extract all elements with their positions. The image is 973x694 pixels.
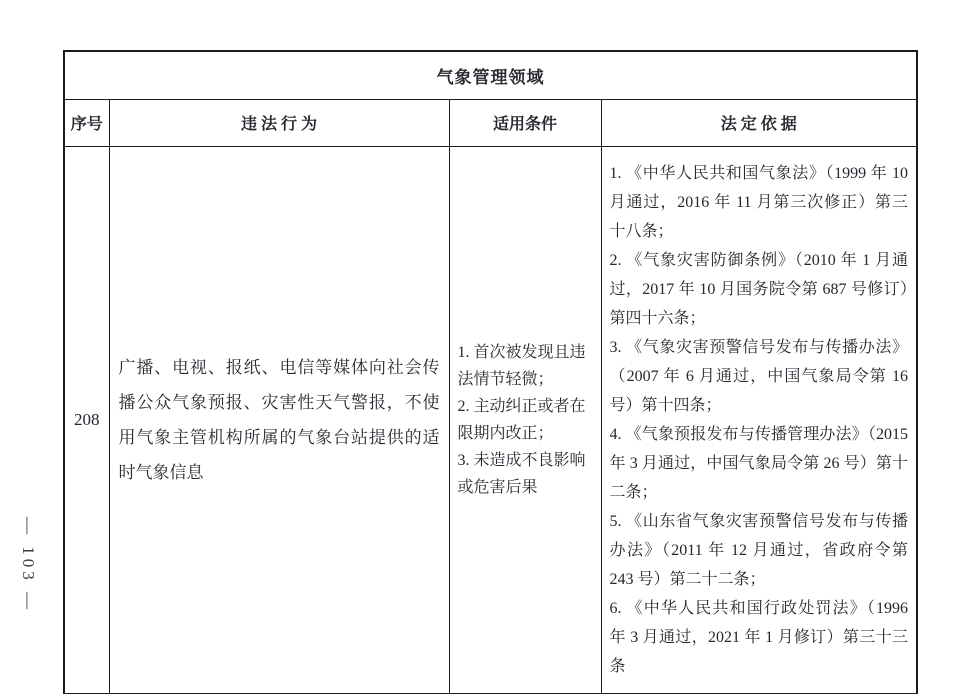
condition-item: 3. 未造成不良影响或危害后果 — [458, 447, 593, 501]
table-title-row: 气象管理领域 — [64, 51, 917, 99]
column-header-seq: 序号 — [64, 99, 109, 146]
legal-basis-item: 2. 《气象灾害防御条例》（2010 年 1 月通过，2017 年 10 月国务… — [610, 246, 909, 333]
condition-item: 2. 主动纠正或者在限期内改正； — [458, 393, 593, 447]
column-header-legal-basis: 法 定 依 据 — [601, 99, 917, 146]
table-row: 208 广播、电视、报纸、电信等媒体向社会传播公众气象预报、灾害性天气警报，不使… — [64, 146, 917, 694]
column-header-violation: 违 法 行 为 — [109, 99, 449, 146]
page-number: — 103 — — [18, 517, 38, 613]
cell-legal-basis: 1. 《中华人民共和国气象法》（1999 年 10 月通过，2016 年 11 … — [601, 146, 917, 694]
table-title: 气象管理领域 — [64, 51, 917, 99]
violations-table: 气象管理领域 序号 违 法 行 为 适用条件 法 定 依 据 208 广播、电视… — [63, 50, 918, 694]
cell-conditions: 1. 首次被发现且违法情节轻微； 2. 主动纠正或者在限期内改正； 3. 未造成… — [449, 146, 601, 694]
legal-basis-item: 5. 《山东省气象灾害预警信号发布与传播办法》（2011 年 12 月通过，省政… — [610, 507, 909, 594]
legal-basis-item: 1. 《中华人民共和国气象法》（1999 年 10 月通过，2016 年 11 … — [610, 159, 909, 246]
legal-basis-item: 3. 《气象灾害预警信号发布与传播办法》（2007 年 6 月通过，中国气象局令… — [610, 333, 909, 420]
cell-seq: 208 — [64, 146, 109, 694]
column-header-conditions: 适用条件 — [449, 99, 601, 146]
table-header-row: 序号 违 法 行 为 适用条件 法 定 依 据 — [64, 99, 917, 146]
legal-basis-item: 4. 《气象预报发布与传播管理办法》（2015 年 3 月通过，中国气象局令第 … — [610, 420, 909, 507]
cell-violation: 广播、电视、报纸、电信等媒体向社会传播公众气象预报、灾害性天气警报，不使用气象主… — [109, 146, 449, 694]
condition-item: 1. 首次被发现且违法情节轻微； — [458, 339, 593, 393]
legal-basis-item: 6. 《中华人民共和国行政处罚法》（1996 年 3 月通过，2021 年 1 … — [610, 594, 909, 681]
